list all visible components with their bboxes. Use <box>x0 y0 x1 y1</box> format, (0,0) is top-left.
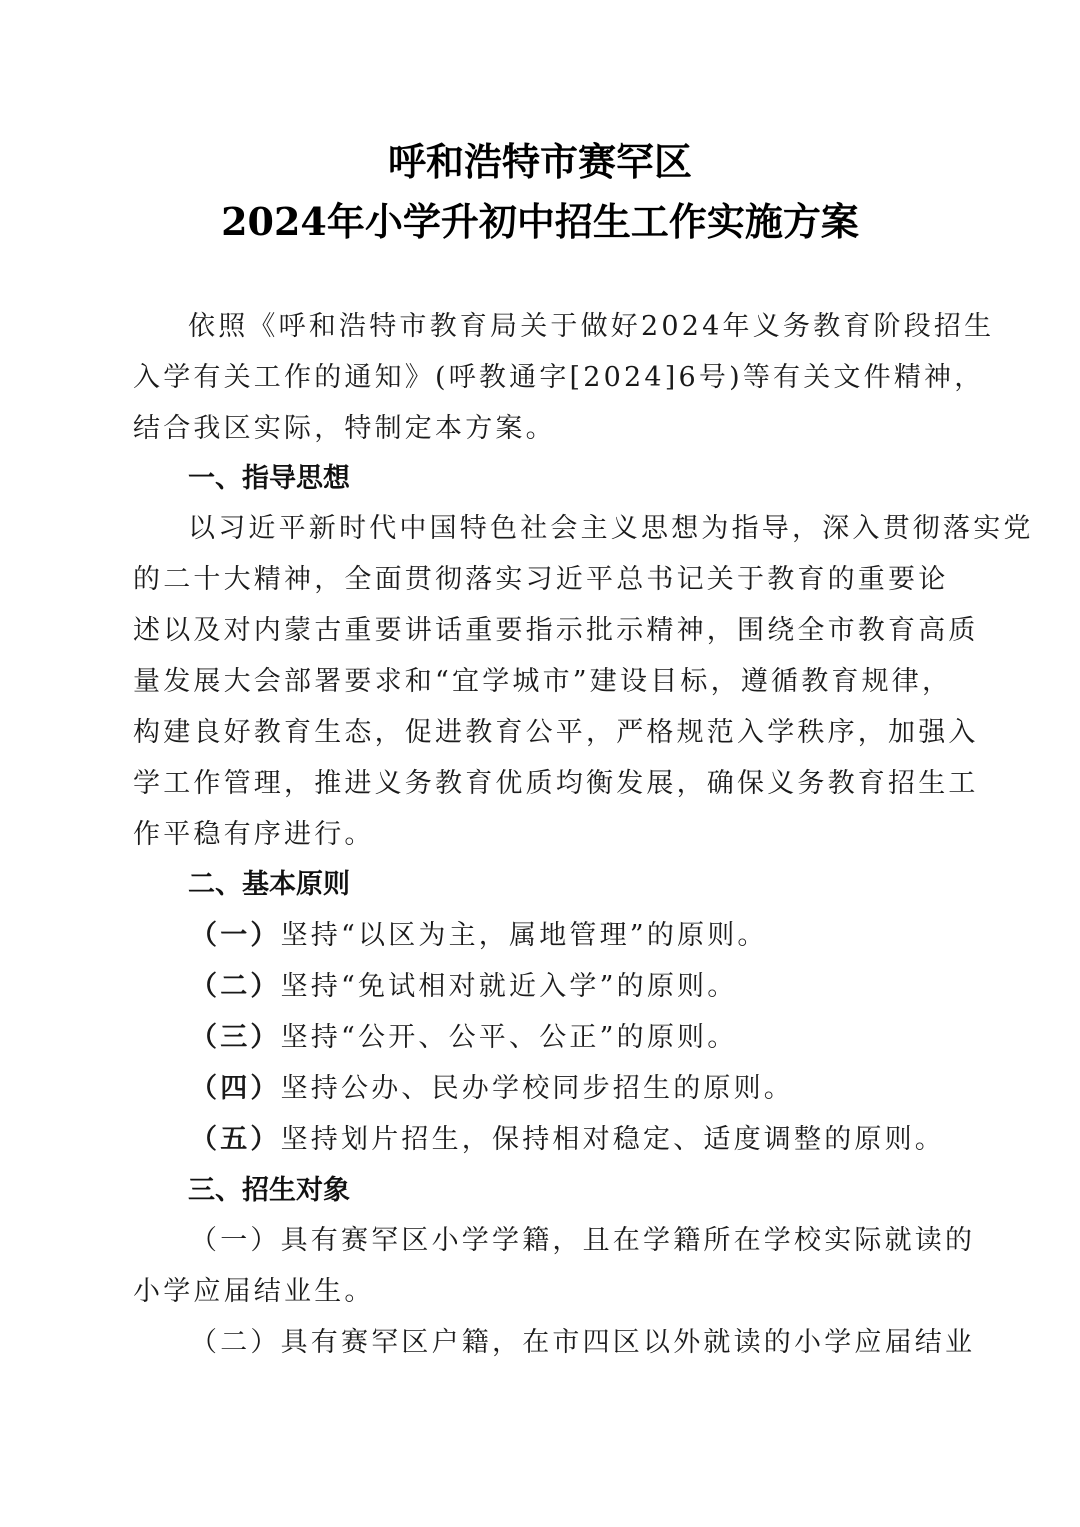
target-item-1: （一）具有赛罕区小学学籍，且在学籍所在学校实际就读的 <box>190 1223 1010 1259</box>
principle-item-1: （一）坚持“以区为主，属地管理”的原则。 <box>190 918 1010 954</box>
principle-text: 坚持划片招生，保持相对稳定、适度调整的原则。 <box>281 1124 945 1155</box>
document-page: 呼和浩特市赛罕区 2024年小学升初中招生工作实施方案 依照《呼和浩特市教育局关… <box>0 0 1080 1527</box>
intro-line-3: 结合我区实际，特制定本方案。 <box>133 411 953 447</box>
principle-item-5: （五）坚持划片招生，保持相对稳定、适度调整的原则。 <box>190 1122 1010 1158</box>
section-1-line-5: 构建良好教育生态，促进教育公平，严格规范入学秩序，加强入 <box>133 715 953 751</box>
document-title-line-2: 2024年小学升初中招生工作实施方案 <box>0 200 1080 244</box>
principle-item-3: （三）坚持“公开、公平、公正”的原则。 <box>190 1020 1010 1056</box>
principle-number: （四） <box>190 1073 281 1104</box>
target-item-1-continuation: 小学应届结业生。 <box>133 1274 953 1310</box>
principle-item-2: （二）坚持“免试相对就近入学”的原则。 <box>190 969 1010 1005</box>
intro-line-2: 入学有关工作的通知》(呼教通字[2024]6号)等有关文件精神， <box>133 360 953 396</box>
section-1-line-4: 量发展大会部署要求和“宜学城市”建设目标，遵循教育规律， <box>133 664 953 700</box>
intro-line-1: 依照《呼和浩特市教育局关于做好2024年义务教育阶段招生 <box>188 309 1008 345</box>
section-1-line-2: 的二十大精神，全面贯彻落实习近平总书记关于教育的重要论 <box>133 562 953 598</box>
target-text: 具有赛罕区小学学籍，且在学籍所在学校实际就读的 <box>281 1225 976 1256</box>
principle-number: （五） <box>190 1124 281 1155</box>
principle-text: 坚持公办、民办学校同步招生的原则。 <box>281 1073 794 1104</box>
section-1-line-7: 作平稳有序进行。 <box>133 817 953 853</box>
document-title-line-1: 呼和浩特市赛罕区 <box>0 140 1080 184</box>
principle-item-4: （四）坚持公办、民办学校同步招生的原则。 <box>190 1071 1010 1107</box>
principle-number: （一） <box>190 920 281 951</box>
section-heading-basic-principles: 二、基本原则 <box>188 867 350 903</box>
principle-text: 坚持“免试相对就近入学”的原则。 <box>281 971 738 1002</box>
section-heading-enrollment-targets: 三、招生对象 <box>188 1173 350 1209</box>
section-1-line-1: 以习近平新时代中国特色社会主义思想为指导，深入贯彻落实党 <box>188 511 1008 547</box>
target-text: 具有赛罕区户籍，在市四区以外就读的小学应届结业 <box>281 1327 976 1358</box>
principle-text: 坚持“以区为主，属地管理”的原则。 <box>281 920 768 951</box>
principle-number: （二） <box>190 971 281 1002</box>
section-heading-guiding-ideology: 一、指导思想 <box>188 461 350 497</box>
target-item-2: （二）具有赛罕区户籍，在市四区以外就读的小学应届结业 <box>190 1325 1010 1361</box>
principle-text: 坚持“公开、公平、公正”的原则。 <box>281 1022 738 1053</box>
target-number: （二） <box>190 1327 281 1358</box>
principle-number: （三） <box>190 1022 281 1053</box>
section-1-line-3: 述以及对内蒙古重要讲话重要指示批示精神，围绕全市教育高质 <box>133 613 953 649</box>
target-number: （一） <box>190 1225 281 1256</box>
section-1-line-6: 学工作管理，推进义务教育优质均衡发展，确保义务教育招生工 <box>133 766 953 802</box>
